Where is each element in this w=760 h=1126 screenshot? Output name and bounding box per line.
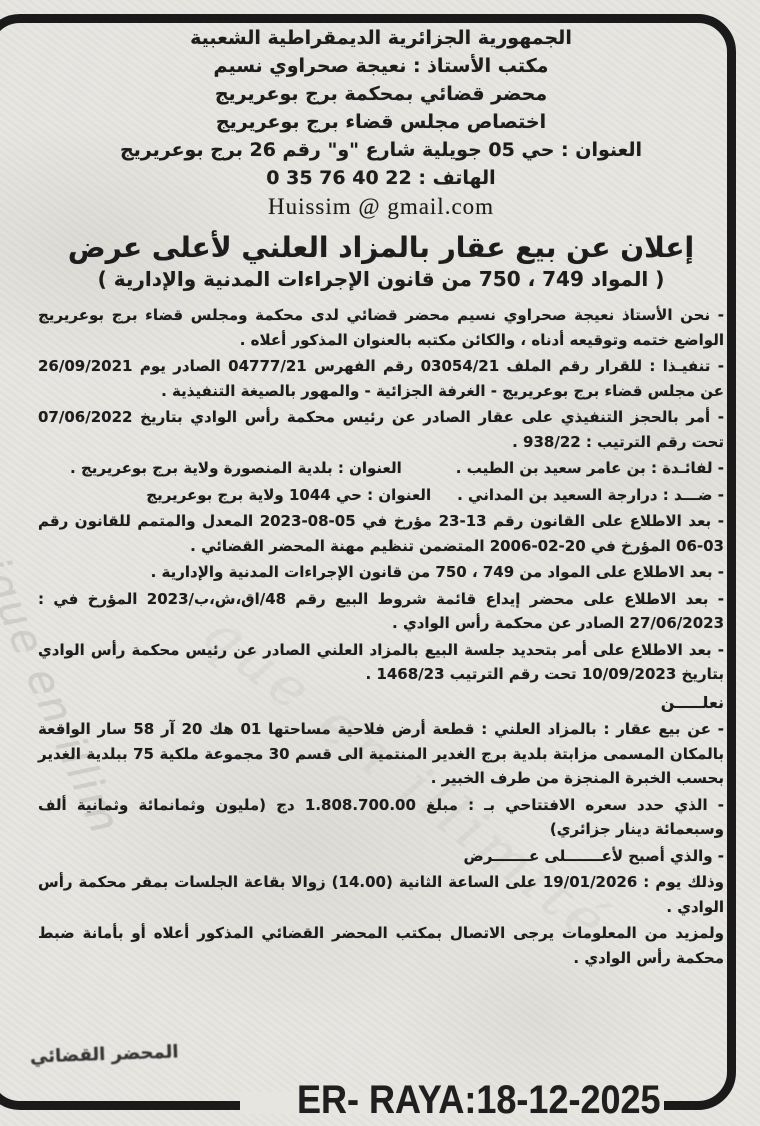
newspaper-date-banner: ER- RAYA:18-12-2025 bbox=[297, 1078, 661, 1123]
scanned-legal-notice-page: onomique en illim que en illimité الجمهو… bbox=[0, 0, 760, 1126]
jurisdiction: اختصاص مجلس قضاء برج بوعريريج bbox=[38, 108, 724, 136]
beneficiary-row: - لفائـدة : بن عامر سعيد بن الطيب . العن… bbox=[38, 456, 724, 481]
defendant-address: العنوان : حي 1044 ولاية برج بوعريريج bbox=[146, 483, 431, 508]
seizure-order-paragraph: - أمر بالحجز التنفيذي على عقار الصادر عن… bbox=[38, 405, 724, 454]
session-order-paragraph: - بعد الاطلاع على أمر بتحديد جلسة البيع … bbox=[38, 638, 724, 687]
beneficiary-address: العنوان : بلدية المنصورة ولاية برج بوعري… bbox=[70, 456, 402, 481]
defendant-row: - ضـــد : درارجة السعيد بن المداني . الع… bbox=[38, 483, 724, 508]
conditions-deposit-paragraph: - بعد الاطلاع على محضر إيداع قائمة شروط … bbox=[38, 587, 724, 636]
office-address: العنوان : حي 05 جويلية شارع "و" رقم 26 ب… bbox=[38, 136, 724, 164]
auction-date-paragraph: وذلك يوم : 19/01/2026 على الساعة الثانية… bbox=[38, 870, 724, 919]
phone-label: الهاتف : bbox=[418, 167, 495, 189]
notice-content: الجمهورية الجزائرية الديمقراطية الشعبية … bbox=[38, 24, 724, 972]
notice-title: إعلان عن بيع عقار بالمزاد العلني لأعلى ع… bbox=[38, 230, 724, 266]
notice-subtitle: ( المواد 749 ، 750 من قانون الإجراءات ال… bbox=[38, 266, 724, 293]
email-address: Huissim @ gmail.com bbox=[38, 192, 724, 222]
republic-title: الجمهورية الجزائرية الديمقراطية الشعبية bbox=[38, 24, 724, 52]
execution-decision-paragraph: - تنفيـذا : للقرار رقم الملف 03054/21 رق… bbox=[38, 354, 724, 403]
beneficiary-name: - لفائـدة : بن عامر سعيد بن الطيب . bbox=[456, 456, 724, 481]
announce-heading: نعلـــــن bbox=[38, 691, 724, 716]
more-info-paragraph: ولمزيد من المعلومات يرجى الاتصال بمكتب ا… bbox=[38, 921, 724, 970]
bailiff-role: محضر قضائي بمحكمة برج بوعريريج bbox=[38, 80, 724, 108]
phone-line: الهاتف : 0 35 76 40 22 bbox=[38, 164, 724, 192]
opening-price-paragraph: - الذي حدد سعره الافتتاحي بـ : مبلغ 1.80… bbox=[38, 793, 724, 842]
articles-review-paragraph: - بعد الاطلاع على المواد من 749 ، 750 من… bbox=[38, 560, 724, 585]
law-review-paragraph: - بعد الاطلاع على القانون رقم 13-23 مؤرخ… bbox=[38, 509, 724, 558]
property-description-paragraph: - عن بيع عقار : بالمزاد العلني : قطعة أر… bbox=[38, 717, 724, 791]
notice-body: - نحن الأستاذ نعيجة صحراوي نسيم محضر قضا… bbox=[38, 303, 724, 970]
highest-bid-paragraph: - والذي أصبح لأعـــــــلى عـــــــرض bbox=[38, 844, 724, 869]
intro-paragraph: - نحن الأستاذ نعيجة صحراوي نسيم محضر قضا… bbox=[38, 303, 724, 352]
office-name: مكتب الأستاذ : نعيجة صحراوي نسيم bbox=[38, 52, 724, 80]
phone-number: 0 35 76 40 22 bbox=[266, 167, 411, 189]
defendant-name: - ضـــد : درارجة السعيد بن المداني . bbox=[457, 483, 724, 508]
office-header: الجمهورية الجزائرية الديمقراطية الشعبية … bbox=[38, 24, 724, 222]
